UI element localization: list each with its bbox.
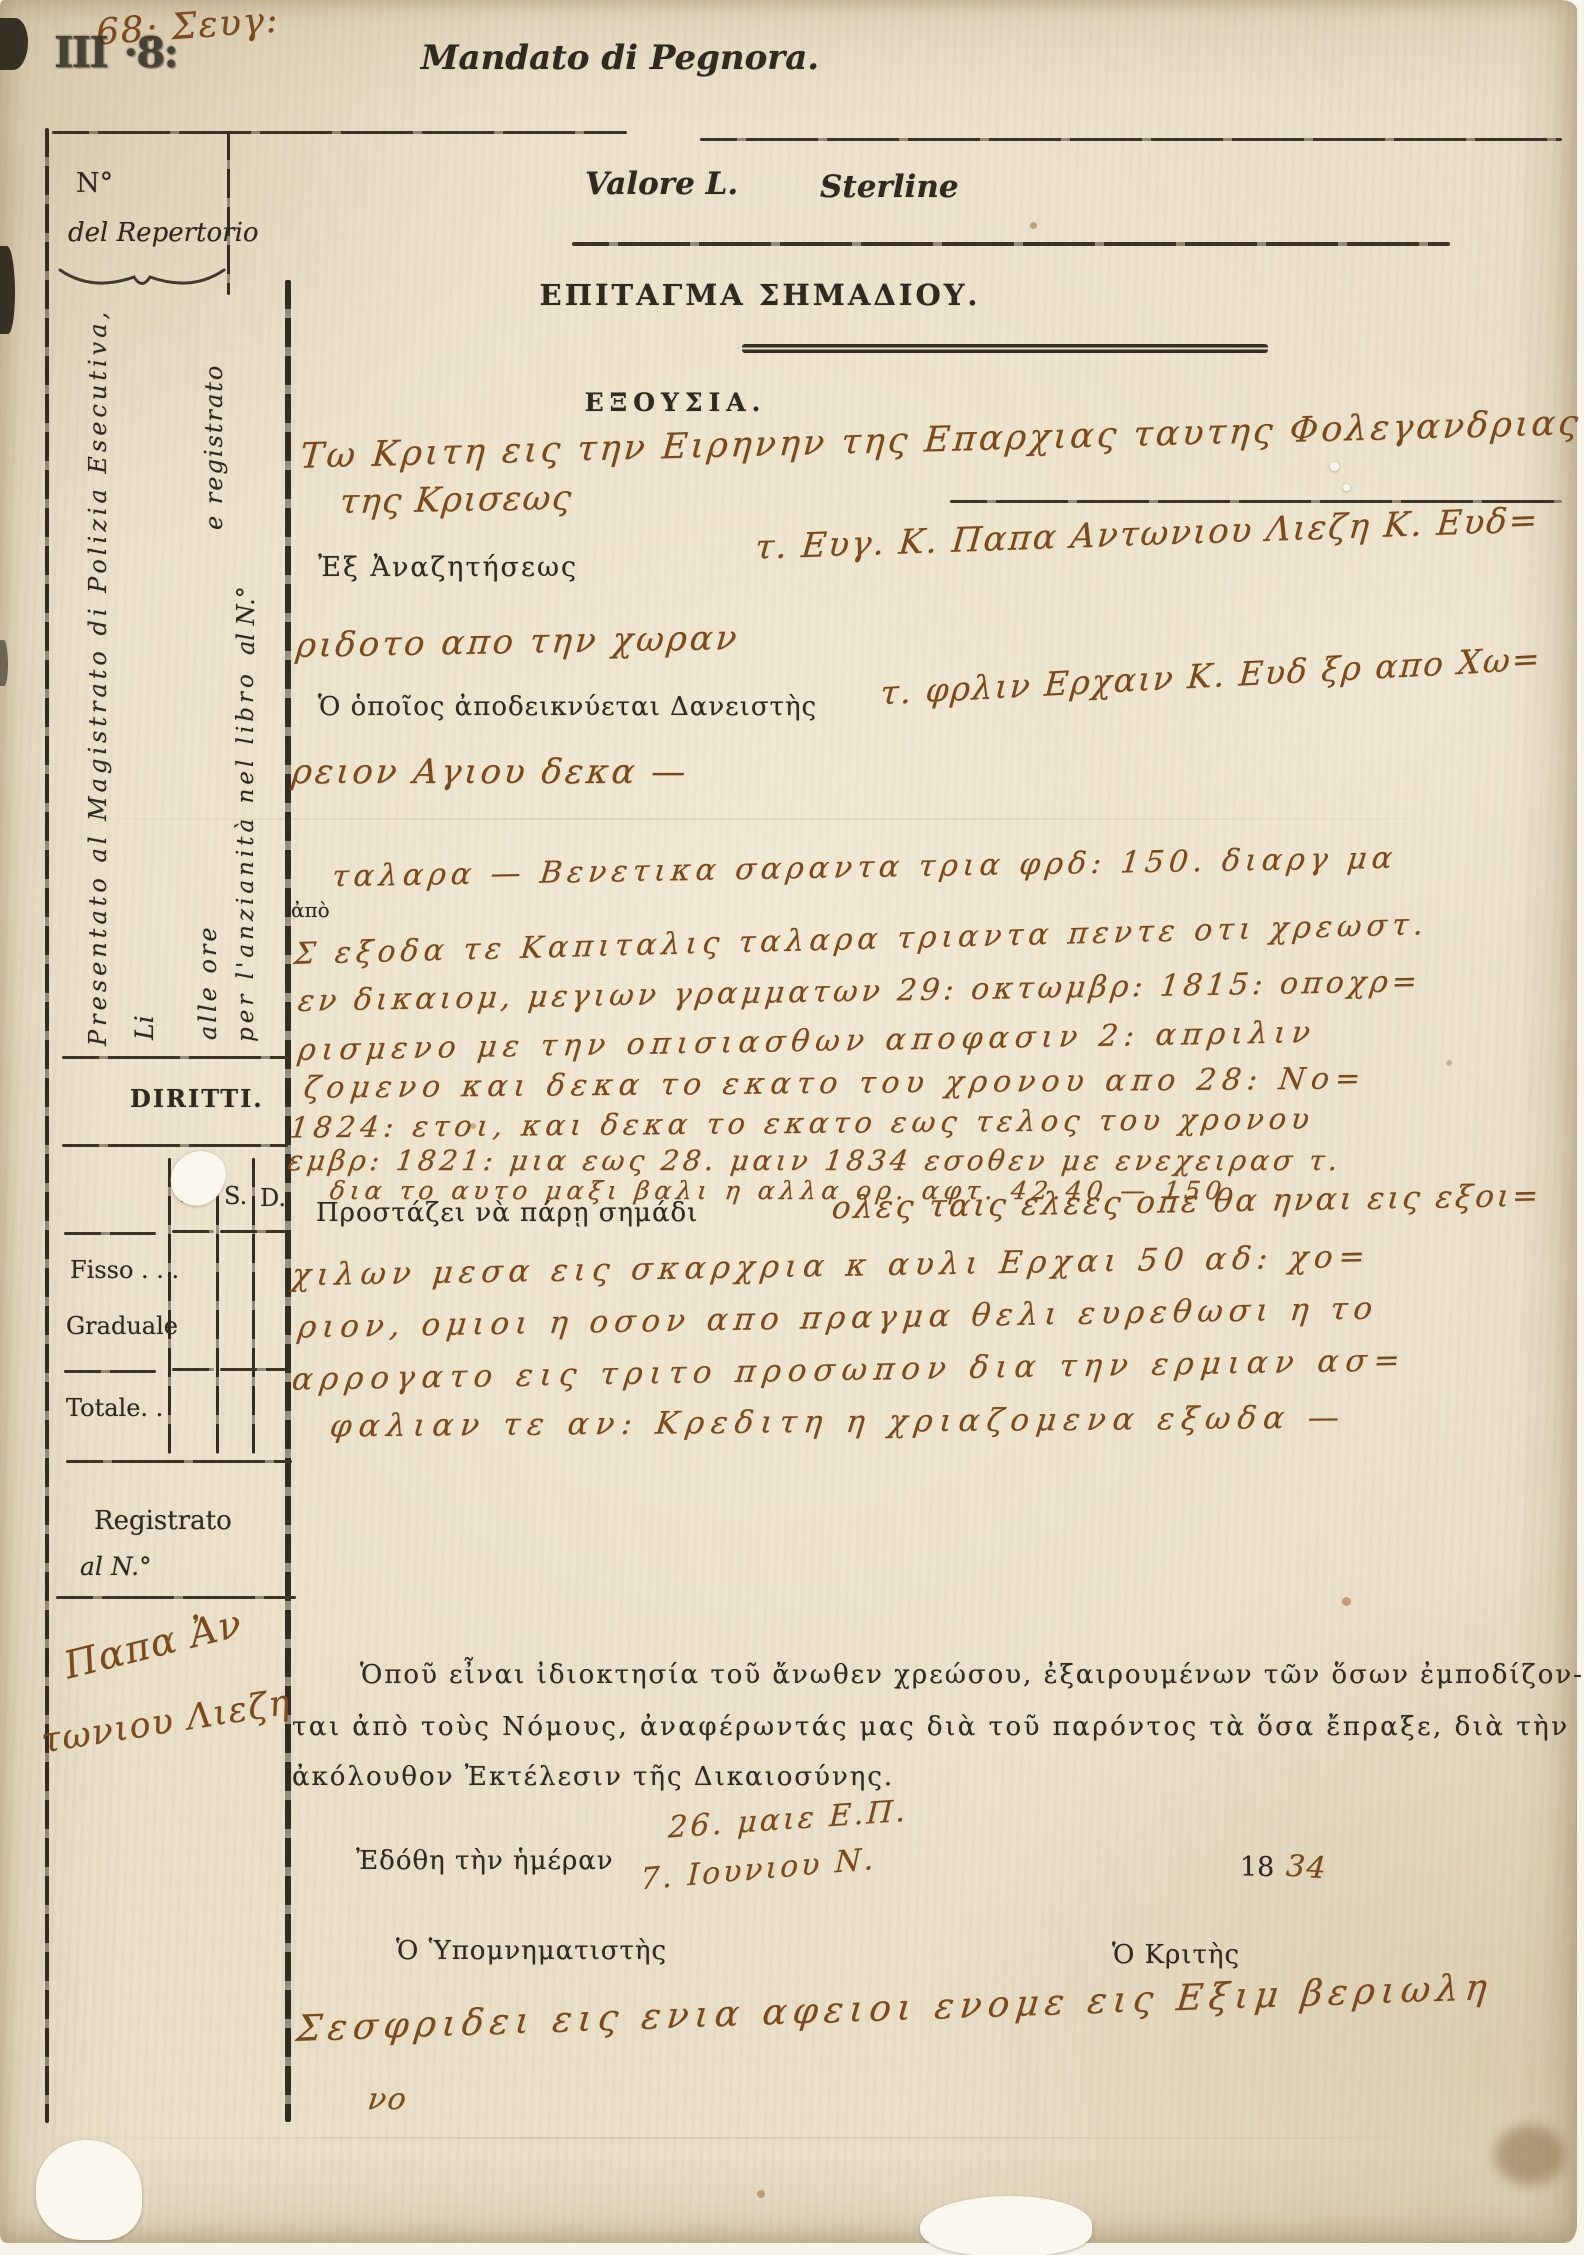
edothi-label: Ἐδόθη τὴν ἡμέραν: [356, 1846, 614, 1876]
authority-heading: ΕΞΟΥΣΙΑ.: [558, 388, 793, 417]
table-rule-segment: [64, 1232, 156, 1235]
li-label: Li: [132, 980, 158, 1040]
diritti-top-rule: [62, 1144, 288, 1147]
sidebar-bottom-rule: [56, 1596, 296, 1599]
top-rule-left: [52, 131, 627, 134]
addressee-handwriting-2: της Κρισεως: [338, 478, 574, 522]
sidebar-outer-border: [45, 128, 49, 2123]
closing-paragraph-line: Ὁποῦ εἶναι ἰδιοκτησία τοῦ ἄνωθεν χρεώσου…: [360, 1660, 1584, 1690]
paper-chip: [1330, 462, 1339, 471]
column-header-s: S.: [224, 1182, 247, 1210]
table-bottom-rule: [66, 1460, 292, 1463]
table-rule-segment: [172, 1230, 214, 1233]
table-rule-segment: [172, 1368, 214, 1371]
sterline-label: Sterline: [820, 169, 959, 205]
registrato-al-no-label: al N.°: [80, 1552, 152, 1581]
registrar-label: Ὁ Ὑπομνηματιστὴς: [396, 1936, 667, 1966]
paper-chip: [920, 2196, 1092, 2255]
table-column-line: [216, 1158, 219, 1454]
judge-label: Ὁ Κριτὴς: [1112, 1940, 1240, 1970]
requester-handwriting-2: ριδοτο απο την χωραν: [294, 618, 741, 666]
fee-row-totale: Totale. .: [66, 1394, 163, 1422]
repertorio-label: del Repertorio: [68, 218, 259, 248]
fold-crease: [40, 818, 1540, 820]
table-rule-segment: [64, 1370, 156, 1373]
greek-form-title: ΕΠΙΤΑΓΜΑ ΣΗΜΑΔΙΟΥ.: [490, 278, 1030, 312]
fee-row-fisso: Fisso . . .: [70, 1256, 179, 1284]
valore-rule: [572, 242, 1450, 246]
e-registrato-label: e registrato: [202, 362, 227, 530]
sidebar-rule: [62, 1056, 290, 1059]
creditor-handwriting-2: ρειον Αγιου δεκα —: [290, 752, 691, 792]
edge-tear-mark: [0, 640, 8, 686]
diritti-heading: DIRITTI.: [130, 1084, 264, 1113]
valore-label: Valore L.: [585, 166, 738, 202]
ink-stamp: III ·8:: [54, 28, 177, 77]
debt-handwriting-line: εμβρ: 1821: μια εως 28. μαιν 1834 εσοθεν…: [286, 1144, 1344, 1177]
scanned-document-page: 68: Σευγ: III ·8: Mandato di Pegnora. Va…: [0, 0, 1584, 2255]
column-header-d: D.: [260, 1184, 286, 1212]
table-rule-segment: [220, 1368, 286, 1371]
stain-spot: [1495, 2125, 1565, 2185]
form-title: Mandato di Pegnora.: [340, 38, 900, 78]
stain-spot: [757, 2190, 765, 2198]
ex-anazitiseos-label: Ἐξ Ἀναζητήσεως: [318, 552, 578, 583]
closing-paragraph-line: ἀκόλουθον Ἐκτέλεσιν τῆς Δικαιοσύνης.: [292, 1762, 894, 1792]
stain-spot: [1446, 1060, 1452, 1066]
presentato-label: Presentato al Magistrato di Polizia Esec…: [86, 294, 111, 1046]
table-rule-segment: [220, 1230, 286, 1233]
table-column-line: [252, 1158, 255, 1454]
paper-chip: [36, 2140, 142, 2240]
curly-brace-decoration: [56, 266, 228, 292]
fold-crease: [40, 2137, 1520, 2139]
year-printed: 18: [1240, 1852, 1274, 1883]
top-rule-right: [700, 138, 1562, 141]
daneistis-label: Ὁ ὁποῖος ἀποδεικνύεται Δανειστὴς: [318, 692, 817, 722]
apo-label: ἀπὸ: [291, 898, 330, 922]
stain-spot: [1030, 222, 1037, 229]
closing-paragraph-line: ται ἀπὸ τοὺς Νόμους, ἀναφέρωντάς μας διὰ…: [292, 1712, 1570, 1742]
authority-double-rule: [742, 344, 1268, 353]
repertorio-no-label: N°: [76, 168, 113, 199]
footer-handwriting-2: νο: [366, 2082, 410, 2117]
anzianita-label: per l'anzianità nel libro: [234, 642, 258, 1042]
paper-chip: [1343, 484, 1350, 491]
stain-spot: [1342, 1597, 1351, 1606]
table-column-line: [168, 1158, 171, 1454]
alle-ore-label: alle ore: [196, 922, 221, 1040]
registrato-label: Registrato: [94, 1506, 232, 1536]
year-handwritten: 34: [1285, 1849, 1329, 1887]
fee-row-graduale: Graduale: [66, 1312, 178, 1340]
al-no-label: al N.°: [234, 555, 259, 655]
prostazei-label: Προστάζει νὰ πάρῃ σημάδι: [316, 1198, 698, 1228]
